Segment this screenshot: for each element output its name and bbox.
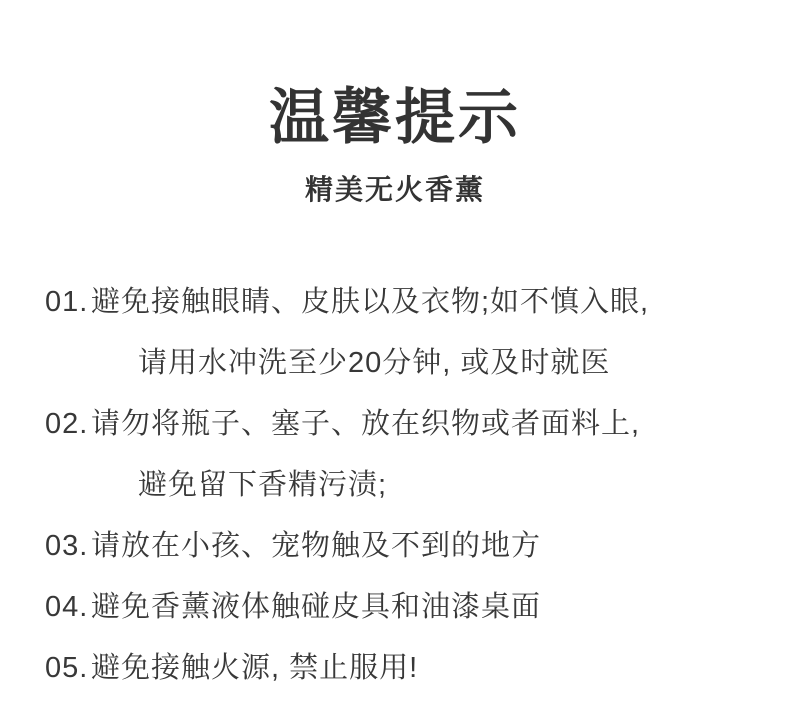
warm-tips-notice: 温馨提示 精美无火香薰 01.避免接触眼睛、皮肤以及衣物;如不慎入眼, 请用水冲… <box>0 0 790 716</box>
item-number-02: 02. <box>45 394 91 455</box>
item-text: 避免香薰液体触碰皮具和油漆桌面 <box>91 591 541 623</box>
item-text: 避免接触火源, 禁止服用! <box>91 652 418 684</box>
list-item-02-line-1: 02.请勿将瓶子、塞子、放在织物或者面料上, <box>45 394 770 455</box>
list-item-03: 03.请放在小孩、宠物触及不到的地方 <box>45 516 770 577</box>
list-item-02-line-2: 避免留下香精污渍; <box>45 455 770 516</box>
page-title: 温馨提示 <box>0 82 790 154</box>
item-number-04: 04. <box>45 577 91 638</box>
item-text: 避免接触眼睛、皮肤以及衣物;如不慎入眼, <box>91 286 649 318</box>
list-item-01-line-1: 01.避免接触眼睛、皮肤以及衣物;如不慎入眼, <box>45 272 770 333</box>
item-number-01: 01. <box>45 272 91 333</box>
item-number-03: 03. <box>45 516 91 577</box>
item-number-05: 05. <box>45 638 91 699</box>
list-item-05: 05.避免接触火源, 禁止服用! <box>45 638 770 699</box>
item-text: 请放在小孩、宠物触及不到的地方 <box>91 530 541 562</box>
page-subtitle: 精美无火香薰 <box>0 173 790 207</box>
list-item-01-line-2: 请用水冲洗至少20分钟, 或及时就医 <box>45 333 770 394</box>
tips-list: 01.避免接触眼睛、皮肤以及衣物;如不慎入眼, 请用水冲洗至少20分钟, 或及时… <box>45 272 770 699</box>
item-text: 请勿将瓶子、塞子、放在织物或者面料上, <box>91 408 640 440</box>
list-item-04: 04.避免香薰液体触碰皮具和油漆桌面 <box>45 577 770 638</box>
